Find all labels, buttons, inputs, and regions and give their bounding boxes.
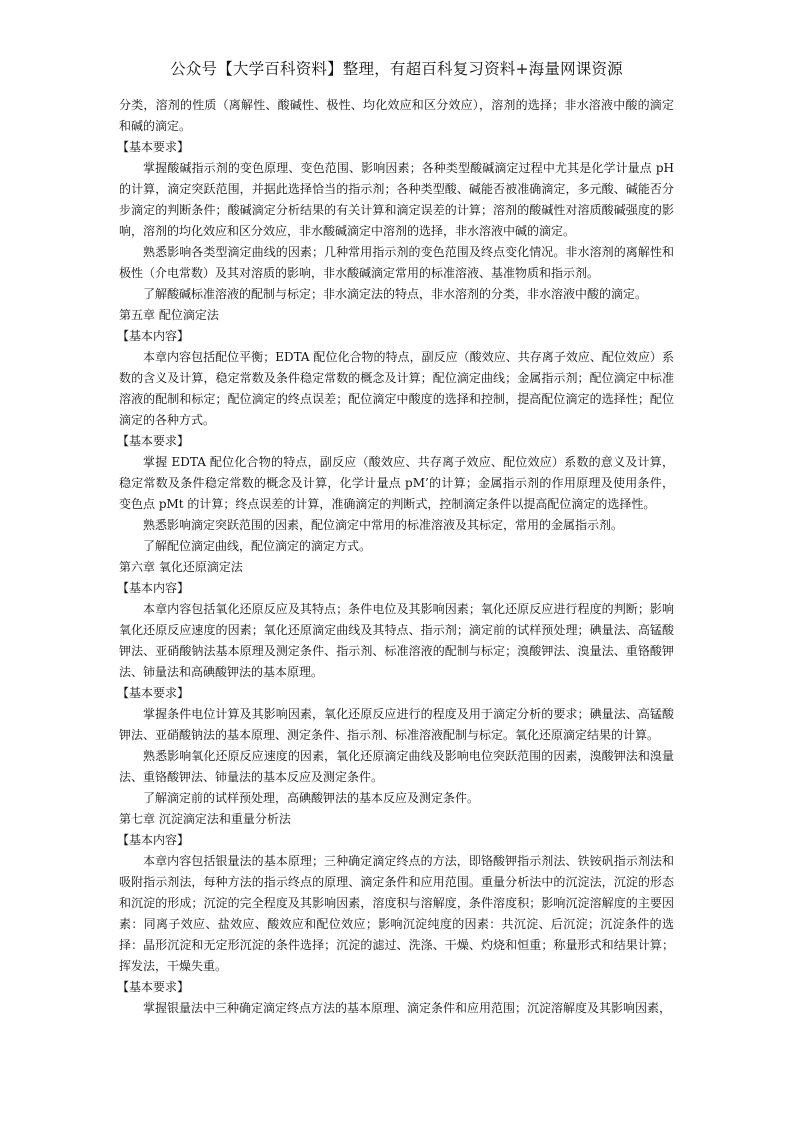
section-tag: 【基本要求】	[117, 683, 674, 704]
page-header: 公众号【大学百科资料】整理，有超百科复习资料+海量网课资源	[0, 57, 793, 79]
section-tag: 【基本要求】	[117, 137, 674, 158]
paragraph: 熟悉影响各类型滴定曲线的因素；几种常用指示剂的变色范围及终点变化情况。非水溶剂的…	[119, 242, 674, 284]
paragraph: 掌握条件电位计算及其影响因素，氧化还原反应进行的程度及用于滴定分析的要求；碘量法…	[119, 704, 674, 746]
section-tag: 【基本要求】	[117, 431, 674, 452]
paragraph: 了解酸碱标准溶液的配制与标定；非水滴定法的特点，非水溶剂的分类，非水溶液中酸的滴…	[119, 284, 674, 305]
paragraph: 掌握酸碱指示剂的变色原理、变色范围、影响因素；各种类型酸碱滴定过程中尤其是化学计…	[119, 158, 674, 242]
paragraph: 分类，溶剂的性质（离解性、酸碱性、极性、均化效应和区分效应），溶剂的选择；非水溶…	[119, 95, 674, 137]
chapter-heading: 第五章 配位滴定法	[119, 305, 674, 326]
paragraph: 本章内容包括氧化还原反应及其特点；条件电位及其影响因素；氧化还原反应进行程度的判…	[119, 599, 674, 683]
section-tag: 【基本内容】	[117, 326, 674, 347]
section-tag: 【基本内容】	[117, 578, 674, 599]
paragraph: 掌握 EDTA 配位化合物的特点，副反应（酸效应、共存离子效应、配位效应）系数的…	[119, 452, 674, 515]
paragraph: 了解配位滴定曲线，配位滴定的滴定方式。	[119, 536, 674, 557]
paragraph: 掌握银量法中三种确定滴定终点方法的基本原理、滴定条件和应用范围；沉淀溶解度及其影…	[119, 998, 674, 1019]
paragraph: 熟悉影响氧化还原反应速度的因素，氧化还原滴定曲线及影响电位突跃范围的因素，溴酸钾…	[119, 746, 674, 788]
chapter-heading: 第六章 氧化还原滴定法	[119, 557, 674, 578]
chapter-heading: 第七章 沉淀滴定法和重量分析法	[119, 809, 674, 830]
paragraph: 熟悉影响滴定突跃范围的因素，配位滴定中常用的标准溶液及其标定，常用的金属指示剂。	[119, 515, 674, 536]
paragraph: 本章内容包括银量法的基本原理；三种确定滴定终点的方法，即铬酸钾指示剂法、铁铵矾指…	[119, 851, 674, 977]
section-tag: 【基本内容】	[117, 830, 674, 851]
section-tag: 【基本要求】	[117, 977, 674, 998]
paragraph: 了解滴定前的试样预处理，高碘酸钾法的基本反应及测定条件。	[119, 788, 674, 809]
document-body: 分类，溶剂的性质（离解性、酸碱性、极性、均化效应和区分效应），溶剂的选择；非水溶…	[119, 95, 674, 1019]
paragraph: 本章内容包括配位平衡；EDTA 配位化合物的特点，副反应（酸效应、共存离子效应、…	[119, 347, 674, 431]
